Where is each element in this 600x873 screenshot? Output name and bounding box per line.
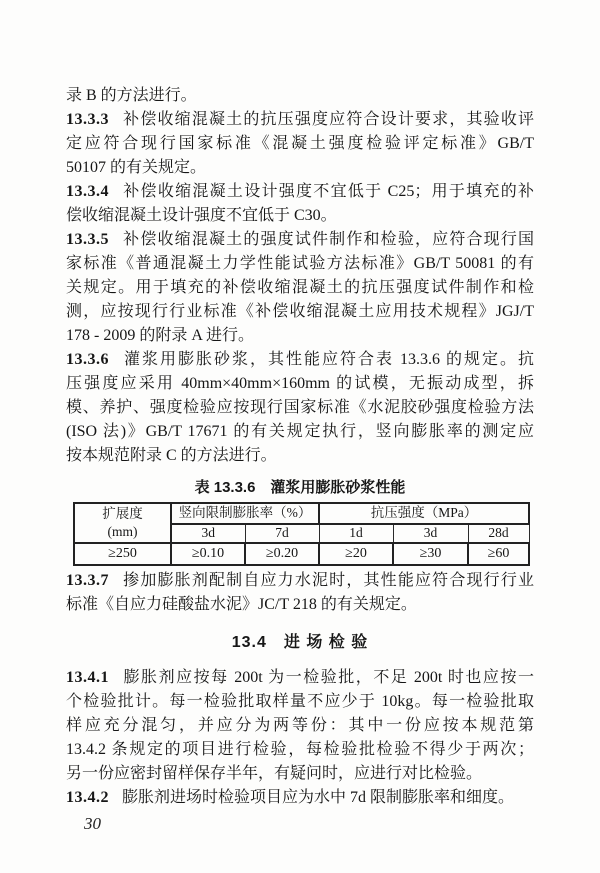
body-line: 个检验批计。每一检验批取样量不应少于 10kg。每一检验批取 <box>66 690 534 714</box>
section-number: 13.4.1 <box>66 669 109 686</box>
table-13-3-6: 扩展度 (mm) 竖向限制膨胀率（%） 抗压强度（MPa） 3d 7d 1d 3… <box>73 502 530 566</box>
line-text: 灌浆用膨胀砂浆，其性能应符合表 13.3.6 的规定。抗 <box>122 351 534 368</box>
body-line: 压强度应采用 40mm×40mm×160mm 的试模，无振动成型，拆 <box>66 372 534 396</box>
line-text: 定应符合现行国家标准《混凝土强度检验评定标准》GB/T <box>66 135 534 152</box>
body-line: 定应符合现行国家标准《混凝土强度检验评定标准》GB/T <box>66 132 534 156</box>
table-subheader: 1d <box>319 524 393 543</box>
body-line: 13.3.6灌浆用膨胀砂浆，其性能应符合表 13.3.6 的规定。抗 <box>66 348 534 372</box>
table-header-spread-line1: 扩展度 <box>75 505 170 523</box>
table-value: ≥0.10 <box>171 543 245 565</box>
table-value: ≥30 <box>393 543 468 565</box>
line-text: 掺加膨胀剂配制自应力水泥时，其性能应符合现行行业 <box>122 572 534 589</box>
body-line: 关规定。用于填充的补偿收缩混凝土的抗压强度试件制作和检 <box>66 276 534 300</box>
table-header-spread-line2: (mm) <box>75 523 170 541</box>
line-text: 标准《自应力硅酸盐水泥》JC/T 218 的有关规定。 <box>66 596 417 613</box>
table-header-spread: 扩展度 (mm) <box>74 503 171 543</box>
line-text: 样应充分混匀，并应分为两等份：其中一份应按本规范第 <box>66 717 534 734</box>
body-line: 另一份应密封留样保存半年，有疑问时，应进行对比检验。 <box>66 762 534 786</box>
table-value: ≥0.20 <box>245 543 319 565</box>
document-page: 录 B 的方法进行。 13.3.3补偿收缩混凝土的抗压强度应符合设计要求，其验收… <box>0 0 600 873</box>
line-text: 模、养护、强度检验应按现行国家标准《水泥胶砂强度检验方法 <box>66 399 534 416</box>
line-text: 按本规范附录 C 的方法进行。 <box>66 447 277 464</box>
line-text: 个检验批计。每一检验批取样量不应少于 10kg。每一检验批取 <box>66 693 534 710</box>
line-text: 测，应按现行行业标准《补偿收缩混凝土应用技术规程》JGJ/T <box>66 303 534 320</box>
body-line: (ISO 法)》GB/T 17671 的有关规定执行，竖向膨胀率的测定应 <box>66 420 534 444</box>
body-line: 偿收缩混凝土设计强度不宜低于 C30。 <box>66 204 534 228</box>
body-line: 13.3.3补偿收缩混凝土的抗压强度应符合设计要求，其验收评 <box>66 108 534 132</box>
line-text: 补偿收缩混凝土的强度试件制作和检验，应符合现行国 <box>122 231 534 248</box>
table-header-expansion-group: 竖向限制膨胀率（%） <box>171 503 319 524</box>
section-number: 13.3.4 <box>66 183 109 200</box>
table-value: ≥20 <box>319 543 393 565</box>
line-text: 另一份应密封留样保存半年，有疑问时，应进行对比检验。 <box>66 765 482 782</box>
body-line: 录 B 的方法进行。 <box>66 84 534 108</box>
body-line: 家标准《普通混凝土力学性能试验方法标准》GB/T 50081 的有 <box>66 252 534 276</box>
body-line: 13.3.4补偿收缩混凝土设计强度不宜低于 C25；用于填充的补 <box>66 180 534 204</box>
table-subheader: 28d <box>468 524 529 543</box>
body-line: 测，应按现行行业标准《补偿收缩混凝土应用技术规程》JGJ/T <box>66 300 534 324</box>
line-text: 13.4.2 条规定的项目进行检验，每检验批检验不得少于两次； <box>66 741 534 758</box>
body-line: 13.4.2膨胀剂进场时检验项目应为水中 7d 限制膨胀率和细度。 <box>66 786 534 810</box>
line-text: 50107 的有关规定。 <box>66 159 206 176</box>
line-text: 膨胀剂应按每 200t 为一检验批，不足 200t 时也应按一 <box>122 669 534 686</box>
line-text: 压强度应采用 40mm×40mm×160mm 的试模，无振动成型，拆 <box>66 375 534 392</box>
body-text-top: 录 B 的方法进行。 13.3.3补偿收缩混凝土的抗压强度应符合设计要求，其验收… <box>66 84 534 468</box>
body-line: 178 - 2009 的附录 A 进行。 <box>66 324 534 348</box>
line-text: 补偿收缩混凝土的抗压强度应符合设计要求，其验收评 <box>122 111 534 128</box>
table-header-strength-group: 抗压强度（MPa） <box>319 503 529 524</box>
section-number: 13.3.5 <box>66 231 109 248</box>
body-text-mid: 13.3.7掺加膨胀剂配制自应力水泥时，其性能应符合现行行业 标准《自应力硅酸盐… <box>66 569 534 617</box>
table-subheader: 7d <box>245 524 319 543</box>
body-line: 按本规范附录 C 的方法进行。 <box>66 444 534 468</box>
section-number: 13.3.6 <box>66 351 109 368</box>
section-number: 13.3.7 <box>66 572 109 589</box>
line-text: 关规定。用于填充的补偿收缩混凝土的抗压强度试件制作和检 <box>66 279 534 296</box>
table-subheader: 3d <box>393 524 468 543</box>
page-number: 30 <box>84 814 101 834</box>
body-line: 50107 的有关规定。 <box>66 156 534 180</box>
line-text: 偿收缩混凝土设计强度不宜低于 C30。 <box>66 207 337 224</box>
section-heading-13-4: 13.4 进 场 检 验 <box>66 629 534 652</box>
table-title: 表 13.3.6 灌浆用膨胀砂浆性能 <box>66 476 534 497</box>
section-number: 13.4.2 <box>66 789 109 806</box>
line-text: 178 - 2009 的附录 A 进行。 <box>66 327 254 344</box>
table-subheader: 3d <box>171 524 245 543</box>
body-line: 模、养护、强度检验应按现行国家标准《水泥胶砂强度检验方法 <box>66 396 534 420</box>
body-line: 13.4.2 条规定的项目进行检验，每检验批检验不得少于两次； <box>66 738 534 762</box>
line-text: 膨胀剂进场时检验项目应为水中 7d 限制膨胀率和细度。 <box>122 789 514 806</box>
section-number: 13.3.3 <box>66 111 109 128</box>
line-text: 录 B 的方法进行。 <box>66 87 197 104</box>
line-text: (ISO 法)》GB/T 17671 的有关规定执行，竖向膨胀率的测定应 <box>66 423 534 440</box>
body-line: 标准《自应力硅酸盐水泥》JC/T 218 的有关规定。 <box>66 593 534 617</box>
body-line: 13.3.7掺加膨胀剂配制自应力水泥时，其性能应符合现行行业 <box>66 569 534 593</box>
body-text-bottom: 13.4.1膨胀剂应按每 200t 为一检验批，不足 200t 时也应按一 个检… <box>66 666 534 810</box>
line-text: 家标准《普通混凝土力学性能试验方法标准》GB/T 50081 的有 <box>66 255 534 272</box>
table-value: ≥250 <box>74 543 171 565</box>
table-value: ≥60 <box>468 543 529 565</box>
line-text: 补偿收缩混凝土设计强度不宜低于 C25；用于填充的补 <box>122 183 534 200</box>
body-line: 13.4.1膨胀剂应按每 200t 为一检验批，不足 200t 时也应按一 <box>66 666 534 690</box>
body-line: 13.3.5补偿收缩混凝土的强度试件制作和检验，应符合现行国 <box>66 228 534 252</box>
body-line: 样应充分混匀，并应分为两等份：其中一份应按本规范第 <box>66 714 534 738</box>
